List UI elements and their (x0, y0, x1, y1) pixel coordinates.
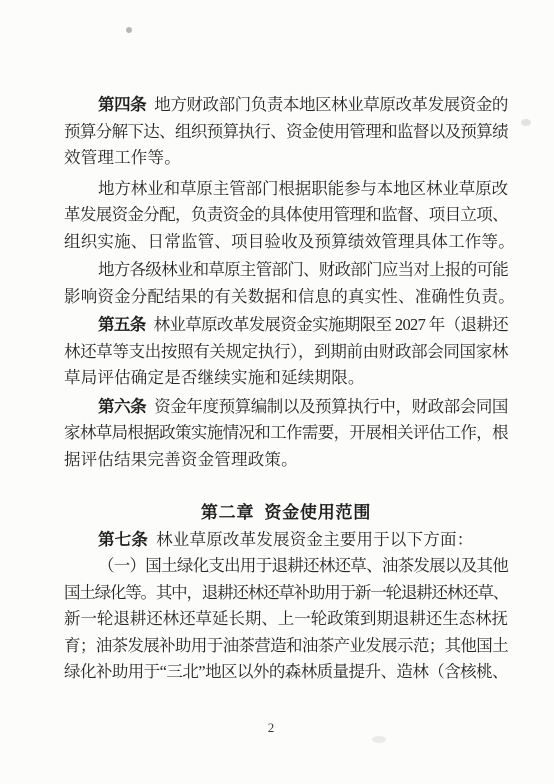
clause-number: 第六条 (98, 397, 146, 416)
line-text: 家林草局根据政策实施情况和工作需要，开展相关评估工作，根 (64, 423, 508, 442)
text-line: 草局评估确定是否继续实施和延续期限。 (64, 365, 508, 392)
paragraph: 地方各级林业和草原主管部门、财政部门应当对上报的可能影响资金分配结果的有关数据和… (64, 257, 508, 310)
text-line-content: 绿化补助用于“三北”地区以外的森林质量提升、造林（含核桃、 (64, 659, 508, 686)
line-text: 革发展资金分配，负责资金的具体使用管理和监督、项目立项、 (64, 205, 508, 224)
line-text: 地方各级林业和草原主管部门、财政部门应当对上报的可能 (98, 260, 508, 279)
text-line-content: 家林草局根据政策实施情况和工作需要，开展相关评估工作，根 (64, 420, 508, 447)
line-text: 新一轮退耕还林还草延长期、上一轮政策到期退耕还生态林抚 (64, 609, 508, 628)
text-line: 绿化补助用于“三北”地区以外的森林质量提升、造林（含核桃、 (64, 659, 508, 686)
line-text: 影响资金分配结果的有关数据和信息的真实性、准确性负责。 (64, 287, 515, 306)
text-line: 效管理工作等。 (64, 145, 508, 172)
text-line: 第五条林业草原改革发展资金实施期限至 2027 年（退耕还 (64, 312, 508, 339)
line-text: 国土绿化等。其中，退耕还林还草补助用于新一轮退耕还林还草、 (64, 583, 508, 602)
line-text: 预算分解下达、组织预算执行、资金使用管理和监督以及预算绩 (64, 122, 508, 141)
paragraph: （一）国土绿化支出用于退耕还林还草、油茶发展以及其他国土绿化等。其中，退耕还林还… (64, 553, 508, 686)
line-text: 组织实施、日常监管、项目验收及预算绩效管理具体工作等。 (64, 232, 515, 251)
text-line-content: 草局评估确定是否继续实施和延续期限。 (64, 365, 365, 392)
text-line: 革发展资金分配，负责资金的具体使用管理和监督、项目立项、 (64, 202, 508, 229)
text-line: 第七条林业草原改革发展资金主要用于以下方面： (64, 527, 508, 554)
text-line: 国土绿化等。其中，退耕还林还草补助用于新一轮退耕还林还草、 (64, 580, 508, 607)
line-text: 草局评估确定是否继续实施和延续期限。 (64, 368, 365, 387)
line-text: 据评估结果完善资金管理政策。 (64, 450, 298, 469)
text-line: 育；油茶发展补助用于油茶营造和油茶产业发展示范；其他国土 (64, 633, 508, 660)
line-text: 绿化补助用于“三北”地区以外的森林质量提升、造林（含核桃、 (64, 662, 508, 681)
text-line-content: 国土绿化等。其中，退耕还林还草补助用于新一轮退耕还林还草、 (64, 580, 508, 607)
clause-number: 第四条 (98, 95, 146, 114)
text-line: 林还草等支出按照有关规定执行），到期前由财政部会同国家林 (64, 339, 508, 366)
clause-number: 第七条 (98, 530, 148, 549)
text-line: 第四条地方财政部门负责本地区林业草原改革发展资金的 (64, 92, 508, 119)
line-text: 资金年度预算编制以及预算执行中，财政部会同国 (154, 397, 508, 416)
text-line: 新一轮退耕还林还草延长期、上一轮政策到期退耕还生态林抚 (64, 606, 508, 633)
text-line: 影响资金分配结果的有关数据和信息的真实性、准确性负责。 (64, 284, 508, 311)
paragraph: 地方林业和草原主管部门根据职能参与本地区林业草原改革发展资金分配，负责资金的具体… (64, 176, 508, 256)
paragraph: 第四条地方财政部门负责本地区林业草原改革发展资金的预算分解下达、组织预算执行、资… (64, 92, 508, 172)
text-line: 家林草局根据政策实施情况和工作需要，开展相关评估工作，根 (64, 420, 508, 447)
text-line: 据评估结果完善资金管理政策。 (64, 447, 508, 474)
line-text: 效管理工作等。 (64, 148, 181, 167)
text-line: （一）国土绿化支出用于退耕还林还草、油茶发展以及其他 (64, 553, 508, 580)
clause-number: 第五条 (98, 315, 146, 334)
paragraph: 第五条林业草原改革发展资金实施期限至 2027 年（退耕还林还草等支出按照有关规… (64, 312, 508, 392)
text-line: 地方各级林业和草原主管部门、财政部门应当对上报的可能 (64, 257, 508, 284)
line-text: 地方林业和草原主管部门根据职能参与本地区林业草原改 (98, 179, 508, 198)
scan-smudge-3 (372, 736, 386, 743)
text-line-content: 革发展资金分配，负责资金的具体使用管理和监督、项目立项、 (64, 202, 508, 229)
text-line-content: （一）国土绿化支出用于退耕还林还草、油茶发展以及其他 (98, 553, 508, 580)
text-line-content: 第五条林业草原改革发展资金实施期限至 2027 年（退耕还 (98, 312, 508, 339)
text-line-content: 地方林业和草原主管部门根据职能参与本地区林业草原改 (98, 176, 508, 203)
line-text: 林业草原改革发展资金主要用于以下方面： (156, 530, 473, 549)
text-line-content: 第四条地方财政部门负责本地区林业草原改革发展资金的 (98, 92, 508, 119)
page-number: 2 (0, 720, 542, 736)
line-text: （一）国土绿化支出用于退耕还林还草、油茶发展以及其他 (98, 556, 508, 575)
text-line-content: 预算分解下达、组织预算执行、资金使用管理和监督以及预算绩 (64, 119, 508, 146)
paragraph: 第六条资金年度预算编制以及预算执行中，财政部会同国家林草局根据政策实施情况和工作… (64, 394, 508, 474)
text-line-content: 林还草等支出按照有关规定执行），到期前由财政部会同国家林 (64, 339, 508, 366)
line-text: 地方财政部门负责本地区林业草原改革发展资金的 (154, 95, 508, 114)
text-line: 预算分解下达、组织预算执行、资金使用管理和监督以及预算绩 (64, 119, 508, 146)
text-line-content: 第七条林业草原改革发展资金主要用于以下方面： (98, 527, 473, 554)
scan-smudge-1 (126, 27, 132, 33)
text-line: 地方林业和草原主管部门根据职能参与本地区林业草原改 (64, 176, 508, 203)
document-body: 第四条地方财政部门负责本地区林业草原改革发展资金的预算分解下达、组织预算执行、资… (64, 92, 508, 686)
paragraph: 第七条林业草原改革发展资金主要用于以下方面： (64, 527, 508, 554)
line-text: 林业草原改革发展资金实施期限至 2027 年（退耕还 (154, 315, 508, 334)
line-text: 林还草等支出按照有关规定执行），到期前由财政部会同国家林 (64, 342, 508, 361)
text-line-content: 效管理工作等。 (64, 145, 181, 172)
text-line-content: 育；油茶发展补助用于油茶营造和油茶产业发展示范；其他国土 (64, 633, 508, 660)
text-line-content: 新一轮退耕还林还草延长期、上一轮政策到期退耕还生态林抚 (64, 606, 508, 633)
text-line-content: 地方各级林业和草原主管部门、财政部门应当对上报的可能 (98, 257, 508, 284)
text-line-content: 据评估结果完善资金管理政策。 (64, 447, 298, 474)
scan-smudge-2 (521, 119, 531, 126)
document-page: 第四条地方财政部门负责本地区林业草原改革发展资金的预算分解下达、组织预算执行、资… (0, 0, 554, 784)
text-line: 组织实施、日常监管、项目验收及预算绩效管理具体工作等。 (64, 229, 508, 256)
section-heading: 第二章 资金使用范围 (64, 500, 508, 527)
line-text: 育；油茶发展补助用于油茶营造和油茶产业发展示范；其他国土 (64, 636, 508, 655)
text-line: 第六条资金年度预算编制以及预算执行中，财政部会同国 (64, 394, 508, 421)
text-line-content: 组织实施、日常监管、项目验收及预算绩效管理具体工作等。 (64, 229, 515, 256)
text-line-content: 第六条资金年度预算编制以及预算执行中，财政部会同国 (98, 394, 508, 421)
text-line-content: 影响资金分配结果的有关数据和信息的真实性、准确性负责。 (64, 284, 515, 311)
